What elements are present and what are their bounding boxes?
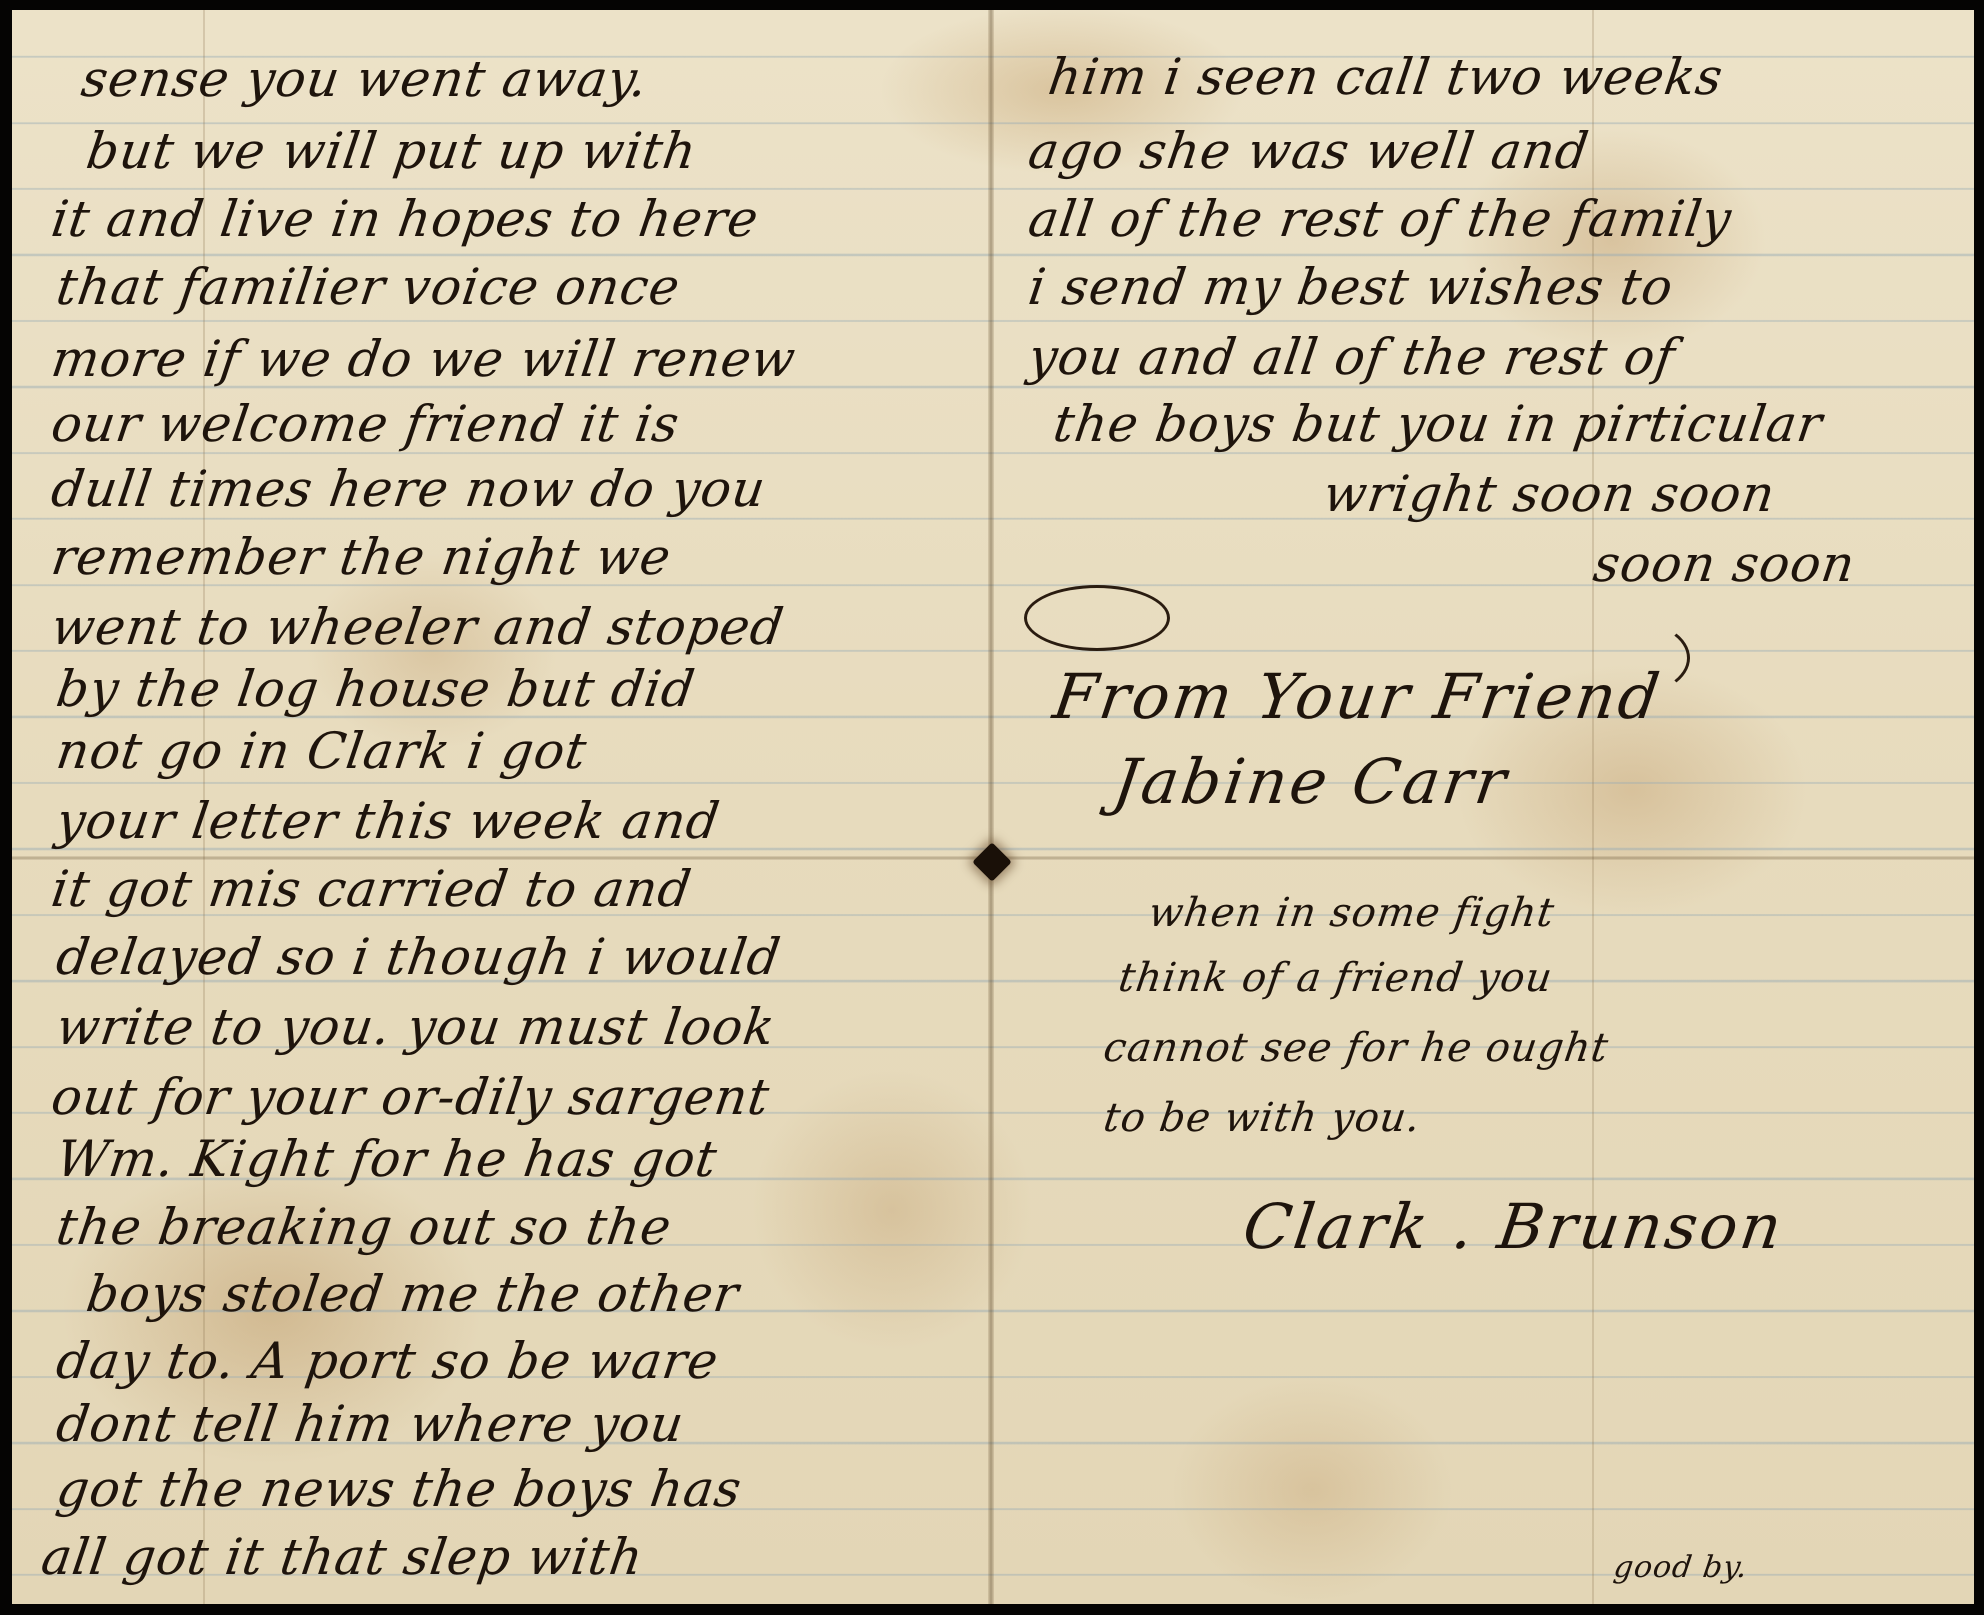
text-line: day to. A port so be ware [53,1332,722,1390]
postscript-line: cannot see for he ought [1101,1025,1612,1071]
text-line: you and all of the rest of [1025,328,1679,386]
text-line: write to you. you must look [53,998,779,1056]
flourish-loop [1024,585,1170,651]
closing-text: From Your Friend [1049,660,1667,733]
text-line: ago she was well and [1025,122,1593,180]
text-line: wright soon soon [1320,465,1779,523]
postscript-line: think of a friend you [1116,955,1556,1001]
text-line: but we will put up with [83,122,701,180]
text-line: it got mis carried to and [48,860,695,918]
text-line: by the log house but did [53,660,699,718]
postscript-line: when in some fight [1146,890,1558,936]
signature-jabine-carr: Jabine Carr [1109,745,1514,818]
text-line: your letter this week and [53,792,724,850]
text-line: not go in Clark i got [53,722,591,780]
text-line: Wm. Kight for he has got [53,1130,721,1188]
right-page: him i seen call two weeks ago she was we… [994,10,1974,1604]
farewell-text: good by. [1612,1550,1751,1585]
text-line: went to wheeler and stoped [48,598,788,656]
text-line: that familier voice once [53,258,684,316]
text-line: more if we do we will renew [48,330,800,388]
letter-sheet: sense you went away. but we will put up … [12,10,1974,1604]
text-line: sense you went away. [78,50,652,108]
text-line: all of the rest of the family [1025,190,1735,248]
signature-clark-brunson: Clark . Brunson [1239,1190,1789,1263]
text-line: the breaking out so the [53,1198,675,1256]
postscript-line: to be with you. [1101,1095,1424,1141]
text-line: dull times here now do you [48,460,770,518]
text-line: him i seen call two weeks [1045,48,1727,106]
text-line: remember the night we [48,528,675,586]
text-line: boys stoled me the other [83,1265,743,1323]
text-line: soon soon [1590,535,1859,593]
text-line: out for your or-dily sargent [48,1068,773,1126]
text-line: delayed so i though i would [53,928,785,986]
text-line: i send my best wishes to [1025,258,1677,316]
text-line: the boys but you in pirticular [1050,395,1826,453]
text-line: our welcome friend it is [48,395,683,453]
text-line: got the news the boys has [53,1460,746,1518]
text-line: all got it that slep with [38,1528,647,1586]
left-page: sense you went away. but we will put up … [12,10,988,1604]
text-line: dont tell him where you [53,1395,688,1453]
text-line: it and live in hopes to here [48,190,763,248]
